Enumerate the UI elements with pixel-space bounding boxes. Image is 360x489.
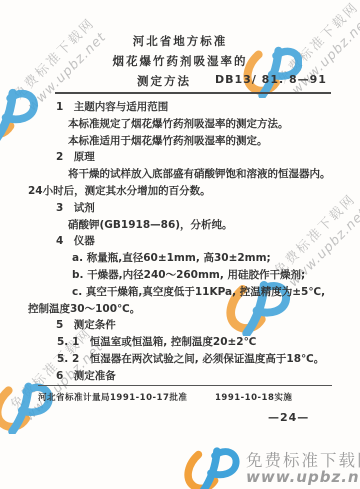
document-page: 免费标准下载网 www.upbz.net 免费标准下载网 www.upbz.ne… bbox=[0, 0, 360, 489]
section-heading: 3 试剂 bbox=[28, 200, 334, 217]
header-divider bbox=[55, 92, 331, 94]
up-logo-icon bbox=[0, 378, 54, 434]
brand-site-url: www.upbz.net bbox=[246, 470, 360, 486]
subclause: 5. 1 恒温室或恒温箱, 控制温度20±2℃ bbox=[28, 334, 334, 351]
list-item: a. 称量瓶,直径60±1mm, 高30±2mm; bbox=[28, 250, 334, 267]
section-heading: 5 测定条件 bbox=[28, 317, 334, 334]
paragraph: 24小时后，测定其水分增加的百分数。 bbox=[28, 183, 334, 200]
standard-type: 河北省地方标准 bbox=[0, 33, 360, 49]
list-item: b. 干燥器,内径240～260mm, 用硅胶作干燥剂; bbox=[28, 267, 334, 284]
section-heading: 1 主题内容与适用范围 bbox=[28, 99, 334, 116]
standard-title-line1: 烟花爆竹药剂吸湿率的 bbox=[0, 53, 360, 69]
up-logo-icon bbox=[240, 42, 302, 98]
paragraph: 本标准规定了烟花爆竹药剂吸湿率的测定方法。 bbox=[28, 116, 334, 133]
section-heading: 4 仪器 bbox=[28, 233, 334, 250]
page-number: —24— bbox=[268, 411, 309, 424]
paragraph: 将干燥的试样放入底部盛有硝酸钾饱和溶液的恒湿器内。 bbox=[28, 166, 334, 183]
subclause: 5. 2 恒湿器在两次试验之间, 必须保证温度高于18℃。 bbox=[28, 351, 334, 368]
paragraph: 本标准适用于烟花爆竹药剂吸湿率的测定。 bbox=[28, 133, 334, 150]
brand-text: 免费标准下载网 www.upbz.net bbox=[246, 452, 360, 485]
approval-note: 河北省标准计量局1991-10-17批准 bbox=[38, 391, 187, 403]
implementation-note: 1991-10-18实施 bbox=[215, 391, 292, 403]
paragraph: 硝酸钾(GB1918—86)，分析纯。 bbox=[28, 217, 334, 234]
document-body: 1 主题内容与适用范围 本标准规定了烟花爆竹药剂吸湿率的测定方法。 本标准适用于… bbox=[28, 99, 334, 385]
footer-divider bbox=[38, 385, 332, 386]
section-heading: 2 原理 bbox=[28, 149, 334, 166]
list-item: c. 真空干燥箱,真空度低于11KPa, 控温精度为±5℃, bbox=[28, 284, 334, 301]
paragraph: 控制温度30～100℃。 bbox=[28, 301, 334, 318]
up-logo-icon bbox=[178, 443, 242, 489]
site-brand: 免费标准下载网 www.upbz.net bbox=[178, 443, 360, 489]
standard-number: DB13/ 81. 8—91 bbox=[215, 73, 327, 86]
section-heading: 6 测定准备 bbox=[28, 368, 334, 385]
